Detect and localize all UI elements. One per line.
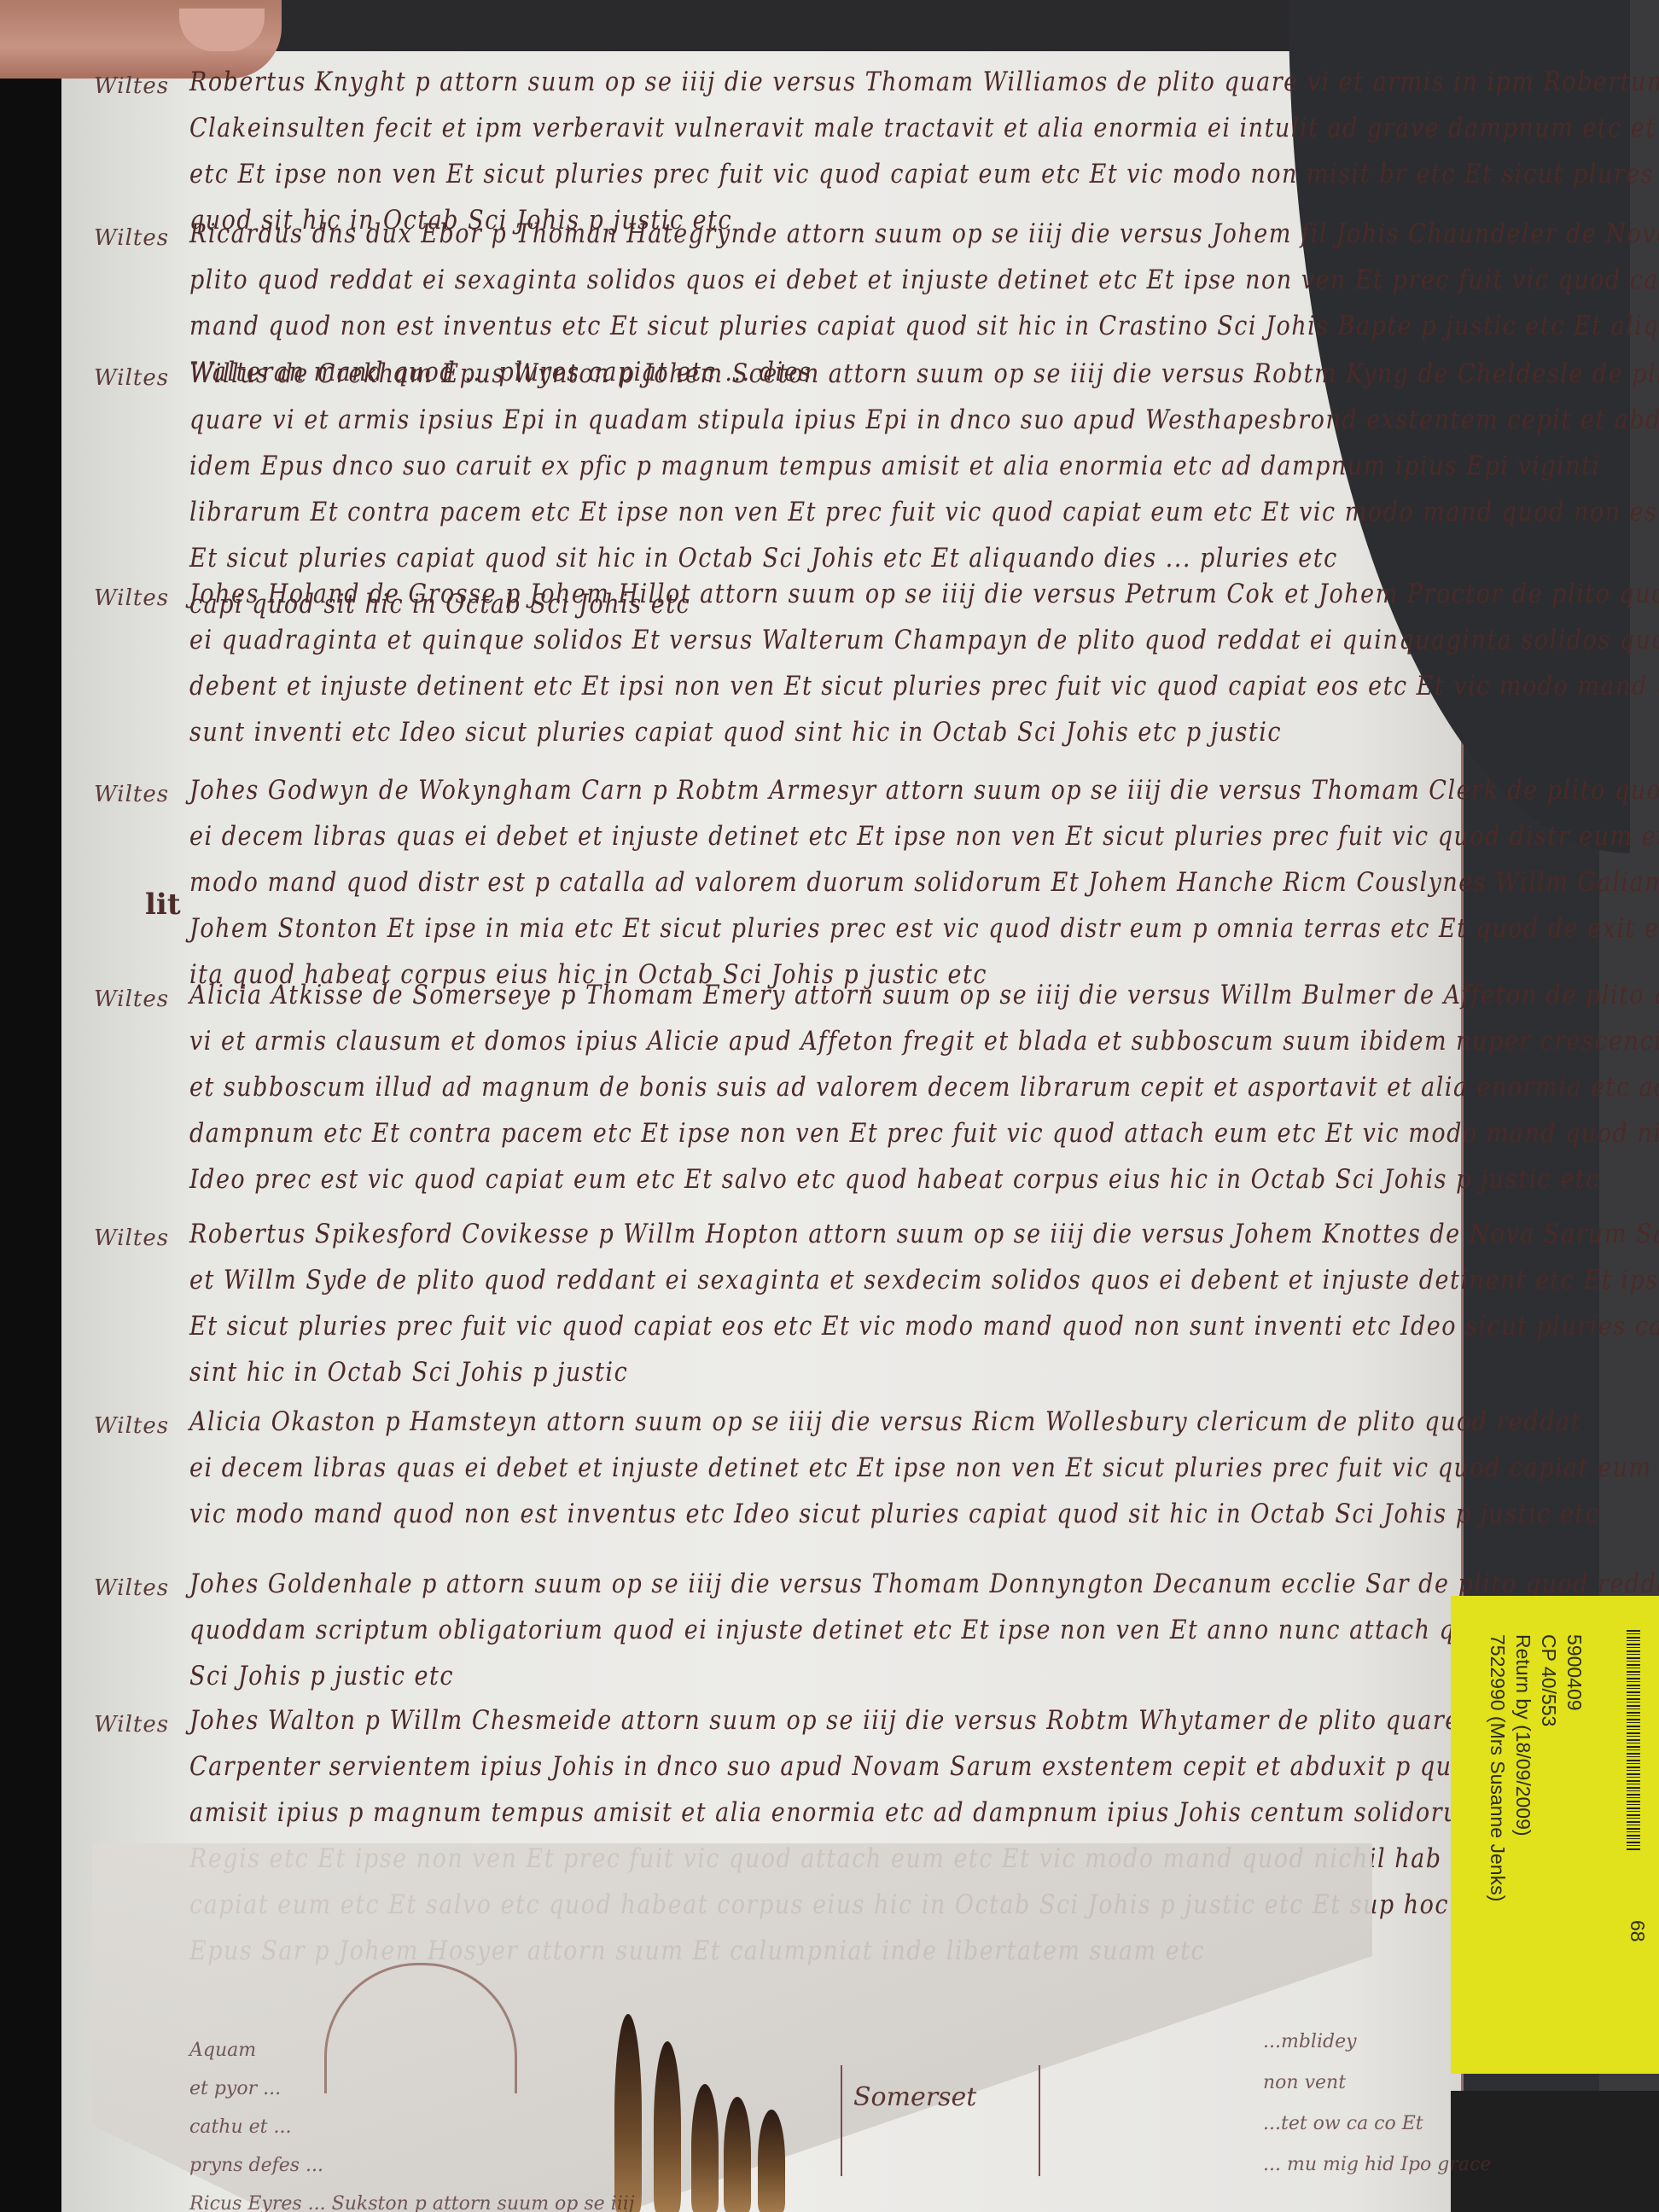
manuscript-line: et Willm Syde de plito quod reddant ei s… bbox=[189, 1254, 1659, 1307]
manuscript-line: idem Epus dnco suo caruit ex pfic p magn… bbox=[189, 440, 1659, 493]
folded-fragment-line: pryns defes ... bbox=[189, 2155, 323, 2176]
folded-right-fragment: ... mu mig hid Ipo grace bbox=[1263, 2154, 1491, 2175]
label-line-reader: 7522990 (Mrs Susanne Jenks) bbox=[1486, 1634, 1509, 1901]
manuscript-line: ei quadraginta et quinque solidos Et ver… bbox=[189, 614, 1659, 667]
manuscript-line: Alicia Okaston p Hamsteyn attorn suum op… bbox=[189, 1396, 1659, 1449]
manuscript-line: Robertus Spikesford Covikesse p Willm Ho… bbox=[189, 1208, 1659, 1261]
manuscript-line: Johem Stonton Et ipse in mia etc Et sicu… bbox=[189, 903, 1659, 956]
archive-label: 5900409 CP 40/553 Return by (18/09/2009)… bbox=[1451, 1596, 1659, 2074]
signature-stroke bbox=[654, 2041, 681, 2212]
manuscript-line: Ricardus dns dux Ebor p Thoman Hategrynd… bbox=[189, 208, 1659, 261]
manuscript-line: Alicia Atkisse de Somerseye p Thomam Eme… bbox=[189, 969, 1659, 1022]
barcode bbox=[1627, 1630, 1640, 1852]
manuscript-line: Clakeinsulten fecit et ipm verberavit vu… bbox=[189, 102, 1659, 155]
manuscript-line: amisit ipius p magnum tempus amisit et a… bbox=[189, 1787, 1659, 1840]
margin-county-label: Wiltes bbox=[94, 1225, 169, 1251]
margin-county-label: Wiltes bbox=[94, 585, 169, 611]
signature-stroke bbox=[724, 2097, 751, 2212]
manuscript-line: et subboscum illud ad magnum de bonis su… bbox=[189, 1062, 1659, 1115]
folded-fragment-line: Aquam bbox=[189, 2040, 256, 2061]
margin-county-label: Wiltes bbox=[94, 1712, 169, 1738]
manuscript-line: librarum Et contra pacem etc Et ipse non… bbox=[189, 486, 1659, 539]
manuscript-line: Robertus Knyght p attorn suum op se iiij… bbox=[189, 56, 1659, 109]
margin-county-label: Wiltes bbox=[94, 365, 169, 391]
manuscript-line: Johes Walton p Willm Chesmeide attorn su… bbox=[189, 1695, 1659, 1748]
manuscript-line: vi et armis clausum et domos ipius Alici… bbox=[189, 1016, 1659, 1068]
manuscript-line: plito quod reddat ei sexaginta solidos q… bbox=[189, 254, 1659, 307]
manuscript-line: sint hic in Octab Sci Johis p justic bbox=[189, 1347, 1659, 1400]
manuscript-line: etc Et ipse non ven Et sicut pluries pre… bbox=[189, 148, 1659, 201]
folded-fragment-line: et pyor ... bbox=[189, 2078, 281, 2099]
county-name: Somerset bbox=[853, 2082, 976, 2112]
manuscript-line: Johes Holand de Grosse p Johem Hillot at… bbox=[189, 568, 1659, 621]
margin-county-label: Wiltes bbox=[94, 225, 169, 251]
thumbnail bbox=[179, 9, 265, 51]
folded-right-fragment: ...tet ow ca co Et bbox=[1263, 2113, 1423, 2134]
manuscript-line: ei decem libras quas ei debet et injuste… bbox=[189, 811, 1659, 864]
dark-background-bottom bbox=[1451, 2091, 1659, 2212]
margin-county-label: Wiltes bbox=[94, 987, 169, 1012]
manuscript-line: Et sicut pluries prec fuit vic quod capi… bbox=[189, 1301, 1659, 1353]
margin-county-label: Wiltes bbox=[94, 782, 169, 807]
manuscript-line: Ideo prec est vic quod capiat eum etc Et… bbox=[189, 1154, 1659, 1207]
margin-county-label: Wiltes bbox=[94, 1413, 169, 1439]
manuscript-line: Willus de Crekham Epus Wynton p Johem Sc… bbox=[189, 348, 1659, 401]
folded-right-fragment: ...mblidey bbox=[1263, 2031, 1357, 2052]
manuscript-line: Johes Goldenhale p attorn suum op se iii… bbox=[189, 1558, 1659, 1611]
manuscript-line: mand quod non est inventus etc Et sicut … bbox=[189, 300, 1659, 353]
manuscript-line: ei decem libras quas ei debet et injuste… bbox=[189, 1442, 1659, 1495]
manuscript-line: modo mand quod distr est p catalla ad va… bbox=[189, 857, 1659, 910]
manuscript-line: Carpenter servientem ipius Johis in dnco… bbox=[189, 1741, 1659, 1794]
signature-stroke bbox=[758, 2110, 785, 2212]
label-page-number: 68 bbox=[1626, 1920, 1649, 1942]
manuscript-line: vic modo mand quod non est inventus etc … bbox=[189, 1488, 1659, 1541]
manuscript-line: quoddam scriptum obligatorium quod ei in… bbox=[189, 1604, 1659, 1657]
signature-stroke bbox=[691, 2084, 719, 2212]
manuscript-line: Johes Godwyn de Wokyngham Carn p Robtm A… bbox=[189, 765, 1659, 818]
marginal-mark: lit bbox=[145, 888, 181, 922]
entry-text: Alicia Okaston p Hamsteyn attorn suum op… bbox=[189, 1400, 1659, 1538]
manuscript-line: debent et injuste detinent etc Et ipsi n… bbox=[189, 661, 1659, 713]
manuscript-line: dampnum etc Et contra pacem etc Et ipse … bbox=[189, 1108, 1659, 1161]
signature-flourish bbox=[614, 2014, 819, 2212]
folded-fragment-line: Ricus Eyres ... Sukston p attorn suum op… bbox=[189, 2193, 635, 2212]
label-line-id: 5900409 bbox=[1563, 1634, 1586, 1711]
entry-text: Alicia Atkisse de Somerseye p Thomam Eme… bbox=[189, 973, 1659, 1203]
signature-stroke bbox=[614, 2014, 642, 2212]
manuscript-line: quare vi et armis ipsius Epi in quadam s… bbox=[189, 394, 1659, 447]
entry-text: Johes Goldenhale p attorn suum op se iii… bbox=[189, 1562, 1659, 1700]
margin-county-label: Wiltes bbox=[94, 73, 169, 99]
margin-county-label: Wiltes bbox=[94, 1575, 169, 1601]
label-line-reference: CP 40/553 bbox=[1537, 1634, 1560, 1726]
entry-text: Johes Godwyn de Wokyngham Carn p Robtm A… bbox=[189, 768, 1659, 998]
manuscript-line: sunt inventi etc Ideo sicut pluries capi… bbox=[189, 707, 1659, 760]
folded-right-fragment: non vent bbox=[1263, 2072, 1346, 2093]
entry-text: Johes Holand de Grosse p Johem Hillot at… bbox=[189, 572, 1659, 756]
entry-text: Robertus Spikesford Covikesse p Willm Ho… bbox=[189, 1212, 1659, 1396]
label-line-return: Return by (18/09/2009) bbox=[1511, 1634, 1534, 1837]
folded-fragment-line: cathu et ... bbox=[189, 2116, 291, 2138]
